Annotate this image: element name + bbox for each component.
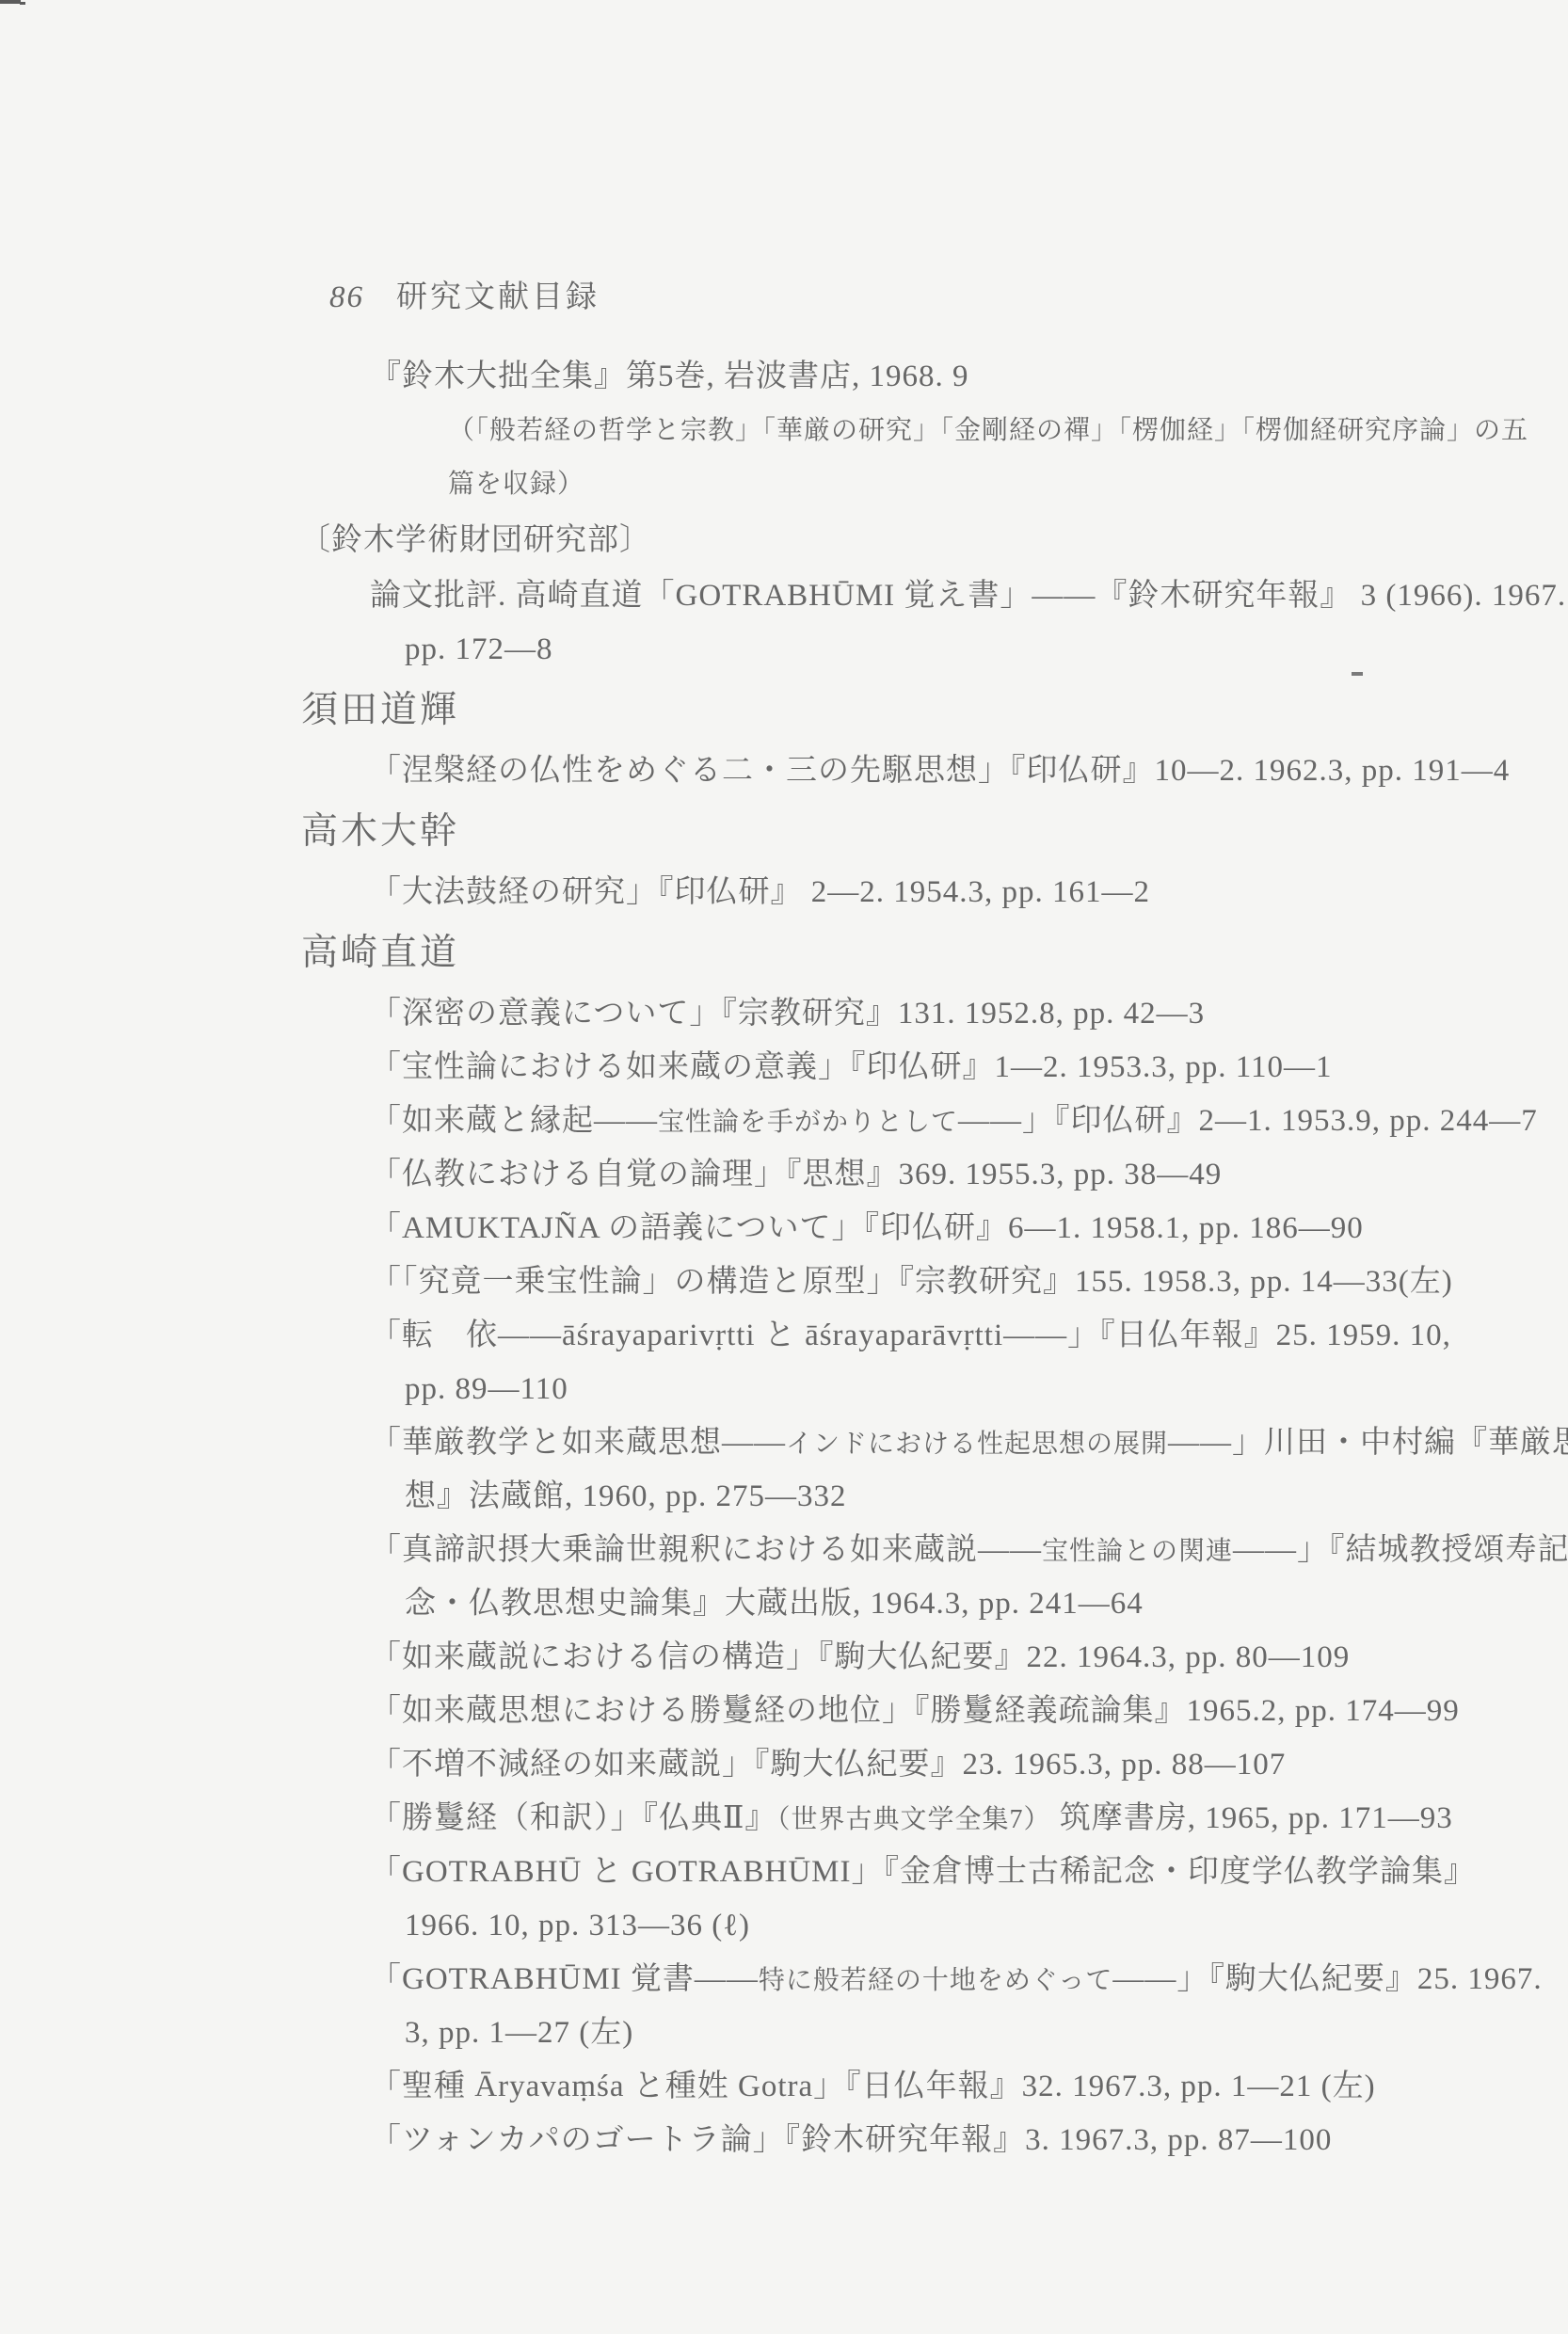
page-title: 研究文献目録	[396, 280, 600, 314]
page-header: 86研究文献目録	[329, 0, 1568, 316]
entry-text: 「涅槃経の仏性をめぐる二・三の先駆思想」『印仏研』10—2. 1962.3, p…	[370, 754, 1510, 788]
entry-text: 「如来蔵と縁起——	[370, 1104, 658, 1138]
entry-text: 想』法蔵館, 1960, pp. 275—332	[405, 1479, 847, 1513]
entry-text: ——」川田・中村編『華厳思	[1168, 1426, 1568, 1460]
entry-text: 念・仏教思想史論集』大蔵出版, 1964.3, pp. 241—64	[405, 1587, 1144, 1621]
entry-text: 「華厳教学と如来蔵思想——	[370, 1426, 786, 1460]
bibliography-entry: 「深密の意義について」『宗教研究』131. 1952.8, pp. 42—3	[370, 987, 1568, 1041]
entry-subtitle-small-text: 宝性論との関連	[1042, 1537, 1233, 1566]
bibliography-entry: 『鈴木大拙全集』第5巻, 岩波書店, 1968. 9	[370, 350, 1568, 404]
entry-text: 「GOTRABHŪMI 覚書——	[370, 1962, 759, 1996]
entry-text: 篇を収録）	[448, 470, 584, 499]
bibliography-entry: 「涅槃経の仏性をめぐる二・三の先駆思想」『印仏研』10—2. 1962.3, p…	[370, 744, 1568, 798]
bibliography-entry: 「不増不減経の如来蔵説」『駒大仏紀要』23. 1965.3, pp. 88—10…	[370, 1738, 1568, 1792]
entry-text: 3, pp. 1—27 (左)	[405, 2016, 633, 2050]
bibliography-entry: 「AMUKTAJÑA の語義について」『印仏研』6—1. 1958.1, pp.…	[370, 1202, 1568, 1255]
entry-text: 「仏教における自覚の論理」『思想』369. 1955.3, pp. 38—49	[370, 1158, 1222, 1191]
bibliography-entry: 「GOTRABHŪ と GOTRABHŪMI」『金倉博士古稀記念・印度学仏教学論…	[370, 1846, 1568, 1899]
entry-text: 「不増不減経の如来蔵説」『駒大仏紀要』23. 1965.3, pp. 88—10…	[370, 1748, 1286, 1782]
scan-artifact-corner-mark-step	[20, 2, 25, 5]
author-heading: 高木大幹	[301, 798, 1568, 866]
bibliography-entry: 「如来蔵思想における勝鬘経の地位」『勝鬘経義疏論集』1965.2, pp. 17…	[370, 1685, 1568, 1738]
entry-text: 〔鈴木学術財団研究部〕	[299, 523, 651, 557]
author-heading: 須田道輝	[301, 677, 1568, 744]
entry-text: 高木大幹	[301, 811, 459, 852]
page-number: 86	[329, 280, 364, 314]
bibliography-entry: 「「究竟一乗宝性論」の構造と原型」『宗教研究』155. 1958.3, pp. …	[370, 1255, 1568, 1309]
entry-text: 高崎直道	[301, 933, 459, 973]
entry-text: 「如来蔵説における信の構造」『駒大仏紀要』22. 1964.3, pp. 80—…	[370, 1640, 1350, 1674]
bibliography-entry: 「GOTRABHŪMI 覚書——特に般若経の十地をめぐって——」『駒大仏紀要』2…	[370, 1953, 1568, 2006]
entry-text: 「AMUKTAJÑA の語義について」『印仏研』6—1. 1958.1, pp.…	[370, 1211, 1364, 1245]
bibliography-entry: 「ツォンカパのゴートラ論」『鈴木研究年報』3. 1967.3, pp. 87—1…	[370, 2114, 1568, 2167]
entry-subtitle-small-text: 特に般若経の十地をめぐって	[759, 1966, 1112, 1995]
bibliography-list: 『鈴木大拙全集』第5巻, 岩波書店, 1968. 9（「般若経の哲学と宗教」「華…	[0, 350, 1568, 2167]
entry-text: 「「究竟一乗宝性論」の構造と原型」『宗教研究』155. 1958.3, pp. …	[370, 1265, 1453, 1299]
scan-artifact-stray-dash	[1352, 672, 1363, 676]
bibliography-entry: 「聖種 Āryavaṃśa と種姓 Gotra」『日仏年報』32. 1967.3…	[370, 2060, 1568, 2114]
bibliography-note: 篇を収録）	[448, 457, 1568, 511]
entry-text: ——」『駒大仏紀要』25. 1967.	[1112, 1962, 1542, 1996]
entry-text: 「転 依——āśrayaparivṛtti と āśrayaparāvṛtti—…	[370, 1319, 1451, 1352]
bibliography-entry-continuation: 想』法蔵館, 1960, pp. 275—332	[405, 1470, 1568, 1524]
entry-text: 『鈴木大拙全集』第5巻, 岩波書店, 1968. 9	[370, 360, 969, 393]
bibliography-entry-continuation: 念・仏教思想史論集』大蔵出版, 1964.3, pp. 241—64	[405, 1577, 1568, 1631]
bibliography-note: （「般若経の哲学と宗教」「華厳の研究」「金剛経の禪」「楞伽経」「楞伽経研究序論」…	[448, 404, 1568, 457]
bibliography-entry-continuation: pp. 172—8	[405, 623, 1568, 677]
entry-text: 「真諦訳摂大乗論世親釈における如来蔵説——	[370, 1533, 1042, 1567]
bibliography-entry: 「転 依——āśrayaparivṛtti と āśrayaparāvṛtti—…	[370, 1309, 1568, 1363]
entry-text: 「如来蔵思想における勝鬘経の地位」『勝鬘経義疏論集』1965.2, pp. 17…	[370, 1694, 1460, 1728]
author-heading: 高崎直道	[301, 919, 1568, 987]
bibliography-entry: 「仏教における自覚の論理」『思想』369. 1955.3, pp. 38—49	[370, 1148, 1568, 1202]
bibliography-entry: 「如来蔵と縁起——宝性論を手がかりとして——」『印仏研』2—1. 1953.9,…	[370, 1095, 1568, 1148]
bibliography-entry: 「大法鼓経の研究」『印仏研』 2—2. 1954.3, pp. 161—2	[370, 866, 1568, 919]
entry-text: 「深密の意義について」『宗教研究』131. 1952.8, pp. 42—3	[370, 997, 1205, 1031]
bibliography-entry-continuation: pp. 89—110	[405, 1363, 1568, 1416]
entry-text: 「宝性論における如来蔵の意義」『印仏研』1—2. 1953.3, pp. 110…	[370, 1050, 1333, 1084]
entry-text: 1966. 10, pp. 313—36 (ℓ)	[405, 1909, 750, 1942]
bibliography-entry: 論文批評. 高崎直道「GOTRABHŪMI 覚え書」——『鈴木研究年報』 3 (…	[370, 569, 1568, 623]
entry-text: 須田道輝	[301, 690, 459, 730]
scanned-bibliography-page: 86研究文献目録 『鈴木大拙全集』第5巻, 岩波書店, 1968. 9（「般若経…	[0, 0, 1568, 2334]
bibliography-entry: 「宝性論における如来蔵の意義」『印仏研』1—2. 1953.3, pp. 110…	[370, 1041, 1568, 1095]
scan-artifact-corner-mark	[0, 0, 21, 4]
entry-text: pp. 172—8	[405, 632, 553, 666]
section-heading: 〔鈴木学術財団研究部〕	[299, 511, 1568, 569]
bibliography-entry: 「勝鬘経（和訳）」『仏典Ⅱ』（世界古典文学全集7） 筑摩書房, 1965, pp…	[370, 1792, 1568, 1846]
bibliography-entry: 「華厳教学と如来蔵思想——インドにおける性起思想の展開——」川田・中村編『華厳思	[370, 1416, 1568, 1470]
entry-subtitle-small-text: 宝性論を手がかりとして	[658, 1108, 958, 1137]
entry-text: 「ツォンカパのゴートラ論」『鈴木研究年報』3. 1967.3, pp. 87—1…	[370, 2123, 1332, 2157]
entry-text: ——」『印仏研』2—1. 1953.9, pp. 244—7	[958, 1104, 1538, 1138]
entry-subtitle-small-text: インドにおける性起思想の展開	[786, 1430, 1168, 1459]
entry-subtitle-small-text: （世界古典文学全集7）	[776, 1805, 1050, 1834]
bibliography-entry: 「如来蔵説における信の構造」『駒大仏紀要』22. 1964.3, pp. 80—…	[370, 1631, 1568, 1685]
entry-text: 筑摩書房, 1965, pp. 171—93	[1050, 1801, 1452, 1835]
entry-text: 「大法鼓経の研究」『印仏研』 2—2. 1954.3, pp. 161—2	[370, 875, 1150, 909]
bibliography-entry-continuation: 1966. 10, pp. 313—36 (ℓ)	[405, 1899, 1568, 1953]
bibliography-entry-continuation: 3, pp. 1—27 (左)	[405, 2006, 1568, 2060]
entry-text: （「般若経の哲学と宗教」「華厳の研究」「金剛経の禪」「楞伽経」「楞伽経研究序論」…	[448, 416, 1528, 445]
entry-text: pp. 89—110	[405, 1372, 568, 1406]
bibliography-entry: 「真諦訳摂大乗論世親釈における如来蔵説——宝性論との関連——」『結城教授頌寿記	[370, 1524, 1568, 1577]
entry-text: 「聖種 Āryavaṃśa と種姓 Gotra」『日仏年報』32. 1967.3…	[370, 2070, 1376, 2103]
entry-text: 「GOTRABHŪ と GOTRABHŪMI」『金倉博士古稀記念・印度学仏教学論…	[370, 1855, 1476, 1889]
entry-text: 「勝鬘経（和訳）」『仏典Ⅱ』	[370, 1801, 776, 1835]
entry-text: 論文批評. 高崎直道「GOTRABHŪMI 覚え書」——『鈴木研究年報』 3 (…	[370, 579, 1568, 613]
entry-text: ——」『結城教授頌寿記	[1233, 1533, 1568, 1567]
